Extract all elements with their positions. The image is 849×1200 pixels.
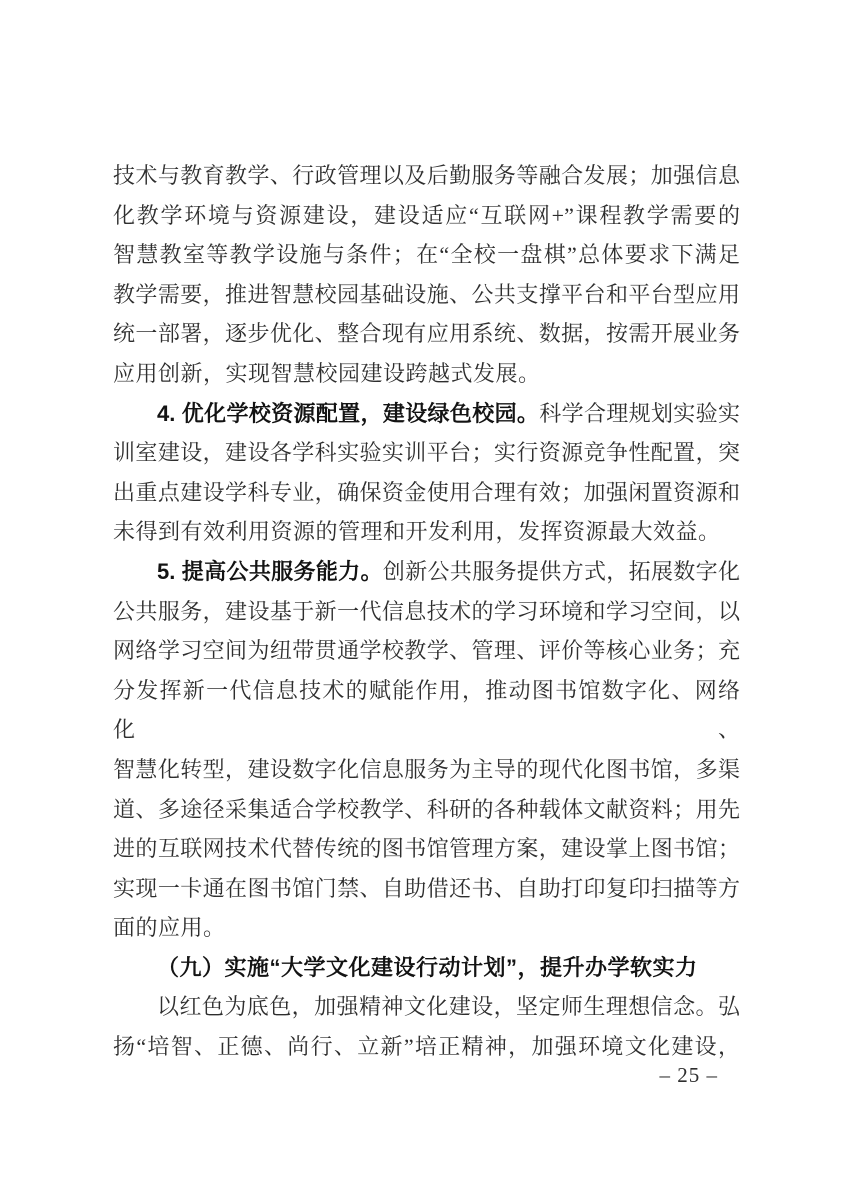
text-segment: 训室建设，建设各学科实验实训平台；实行资源竞争性配置，突: [113, 440, 740, 465]
document-text: 技术与教育教学、行政管理以及后勤服务等融合发展；加强信息化教学环境与资源建设，建…: [113, 156, 740, 1067]
text-line: 智慧化转型，建设数字化信息服务为主导的现代化图书馆，多渠: [113, 750, 740, 790]
text-line: （九）实施“大学文化建设行动计划”，提升办学软实力: [113, 948, 740, 988]
text-line: 未得到有效利用资源的管理和开发利用，发挥资源最大效益。: [113, 512, 740, 552]
text-segment: 未得到有效利用资源的管理和开发利用，发挥资源最大效益。: [113, 519, 721, 544]
text-segment: 面的应用。: [113, 915, 226, 940]
text-segment: 网络学习空间为纽带贯通学校教学、管理、评价等核心业务；充: [113, 638, 740, 663]
text-line: 面的应用。: [113, 908, 740, 948]
text-segment: 道、多途径采集适合学校教学、科研的各种载体文献资料；用先: [113, 797, 740, 822]
text-line: 实现一卡通在图书馆门禁、自助借还书、自助打印复印扫描等方: [113, 869, 740, 909]
text-line: 扬“培智、正德、尚行、立新”培正精神，加强环境文化建设，: [113, 1027, 740, 1067]
document-page: 技术与教育教学、行政管理以及后勤服务等融合发展；加强信息化教学环境与资源建设，建…: [0, 0, 849, 1200]
page-number: – 25 –: [660, 1062, 719, 1088]
text-segment: 创新公共服务提供方式，拓展数字化: [383, 559, 740, 584]
text-segment: 以红色为底色，加强精神文化建设，坚定师生理想信念。弘: [157, 994, 740, 1019]
text-segment: 应用创新，实现智慧校园建设跨越式发展。: [113, 361, 541, 386]
text-line: 智慧教室等教学设施与条件；在“全校一盘棋”总体要求下满足: [113, 235, 740, 275]
text-line: 5. 提高公共服务能力。创新公共服务提供方式，拓展数字化: [113, 552, 740, 592]
text-segment: 统一部署，逐步优化、整合现有应用系统、数据，按需开展业务: [113, 321, 740, 346]
text-segment: 智慧化转型，建设数字化信息服务为主导的现代化图书馆，多渠: [113, 757, 740, 782]
bold-text-segment: （九）实施“大学文化建设行动计划”，提升办学软实力: [157, 955, 698, 980]
text-segment: 实现一卡通在图书馆门禁、自助借还书、自助打印复印扫描等方: [113, 876, 740, 901]
text-line: 应用创新，实现智慧校园建设跨越式发展。: [113, 354, 740, 394]
text-line: 教学需要，推进智慧校园基础设施、公共支撑平台和平台型应用: [113, 275, 740, 315]
text-line: 公共服务，建设基于新一代信息技术的学习环境和学习空间，以: [113, 592, 740, 632]
text-line: 训室建设，建设各学科实验实训平台；实行资源竞争性配置，突: [113, 433, 740, 473]
text-line: 出重点建设学科专业，确保资金使用合理有效；加强闲置资源和: [113, 473, 740, 513]
text-segment: 技术与教育教学、行政管理以及后勤服务等融合发展；加强信息: [113, 163, 740, 188]
text-line: 网络学习空间为纽带贯通学校教学、管理、评价等核心业务；充: [113, 631, 740, 671]
text-line: 统一部署，逐步优化、整合现有应用系统、数据，按需开展业务: [113, 314, 740, 354]
text-segment: 进的互联网技术代替传统的图书馆管理方案，建设掌上图书馆；: [113, 836, 740, 861]
text-line: 化教学环境与资源建设，建设适应“互联网+”课程教学需要的: [113, 196, 740, 236]
text-segment: 教学需要，推进智慧校园基础设施、公共支撑平台和平台型应用: [113, 282, 740, 307]
text-segment: 公共服务，建设基于新一代信息技术的学习环境和学习空间，以: [113, 599, 740, 624]
bold-text-segment: 4. 优化学校资源配置，建设绿色校园。: [157, 401, 539, 426]
text-line: 4. 优化学校资源配置，建设绿色校园。科学合理规划实验实: [113, 394, 740, 434]
text-line: 以红色为底色，加强精神文化建设，坚定师生理想信念。弘: [113, 987, 740, 1027]
text-segment: 扬“培智、正德、尚行、立新”培正精神，加强环境文化建设，: [113, 1034, 740, 1059]
text-segment: 智慧教室等教学设施与条件；在“全校一盘棋”总体要求下满足: [113, 242, 740, 267]
text-segment: 分发挥新一代信息技术的赋能作用，推动图书馆数字化、网络化、: [113, 678, 740, 743]
text-segment: 科学合理规划实验实: [539, 401, 740, 426]
text-segment: 出重点建设学科专业，确保资金使用合理有效；加强闲置资源和: [113, 480, 740, 505]
text-line: 技术与教育教学、行政管理以及后勤服务等融合发展；加强信息: [113, 156, 740, 196]
text-segment: 化教学环境与资源建设，建设适应“互联网+”课程教学需要的: [113, 203, 740, 228]
bold-text-segment: 5. 提高公共服务能力。: [157, 559, 383, 584]
text-line: 进的互联网技术代替传统的图书馆管理方案，建设掌上图书馆；: [113, 829, 740, 869]
text-line: 道、多途径采集适合学校教学、科研的各种载体文献资料；用先: [113, 790, 740, 830]
text-line: 分发挥新一代信息技术的赋能作用，推动图书馆数字化、网络化、: [113, 671, 740, 750]
